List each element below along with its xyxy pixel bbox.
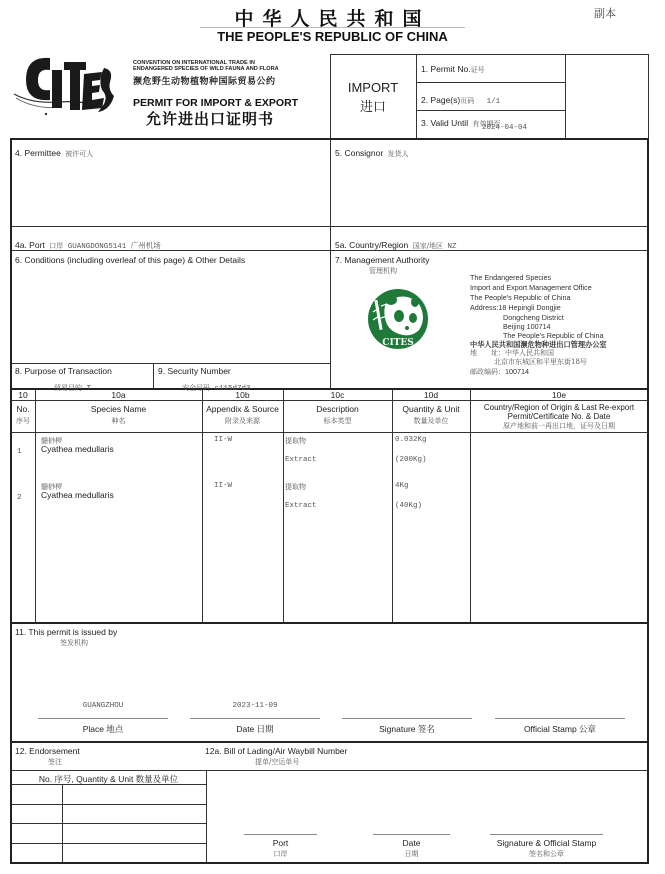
col-number-10c: 10c xyxy=(283,390,392,400)
permit-no-field: 1. Permit No.证号 xyxy=(421,59,485,77)
permit-no-label: 1. Permit No. xyxy=(421,64,471,74)
issued-by-label: 11. This permit is issued by xyxy=(15,627,117,637)
quantity-total: (40Kg) xyxy=(395,502,422,510)
table-row xyxy=(11,482,648,526)
row-number: 2 xyxy=(17,494,22,502)
address-line-3: Beijing 100714 xyxy=(470,322,607,331)
purpose-label: 8. Purpose of Transaction xyxy=(15,366,112,376)
mgmt-line-3: The People's Republic of China xyxy=(470,293,607,303)
country-label-cn: 国家/地区 xyxy=(413,242,443,250)
permit-type-en: IMPORT xyxy=(331,80,415,95)
quantity-total: (200Kg) xyxy=(395,456,427,464)
country-title-en: THE PEOPLE'S REPUBLIC OF CHINA xyxy=(200,29,465,44)
mgmt-authority-label: 7. Management Authority xyxy=(335,255,430,265)
country-value: NZ xyxy=(448,243,457,251)
issued-by-label-cn: 签发机构 xyxy=(60,638,88,648)
postcode-label: 邮政编码： xyxy=(470,368,505,376)
col-number-10b: 10b xyxy=(202,390,283,400)
end-sig-label: Signature & Official Stamp xyxy=(480,838,613,848)
quantity: 0.032Kg xyxy=(395,436,427,444)
description-cn: 提取物 xyxy=(285,482,306,492)
col-number-10: 10 xyxy=(11,390,35,400)
table-row xyxy=(11,436,648,480)
address-cn-line2: 北京市东城区和平里东街18号 xyxy=(470,358,607,367)
port-field: 4a. Port 口岸 GUANGDONG5141 广州机场 xyxy=(15,235,161,253)
appendix-source: II-W xyxy=(214,482,232,490)
date-label: Date 日期 xyxy=(190,723,320,735)
description-cn: 提取物 xyxy=(285,436,306,446)
endorsement-label-cn: 签注 xyxy=(48,757,62,767)
valid-until-label: 3. Valid Until xyxy=(421,118,468,128)
row-number: 1 xyxy=(17,448,22,456)
valid-until-value: 2024-04-04 xyxy=(482,124,527,132)
col-header-cn-0: 序号 xyxy=(11,416,35,426)
endorsement-sub-header: No. 序号, Quantity & Unit 数量及单位 xyxy=(11,773,206,785)
col-number-10e: 10e xyxy=(470,390,648,400)
country-field: 5a. Country/Region 国家/地区 NZ xyxy=(335,235,457,253)
address-cn-line1: 中华人民共和国 xyxy=(505,349,554,357)
quantity: 4Kg xyxy=(395,482,409,490)
address-cn-label: 地 址： xyxy=(470,349,505,357)
signature-label: Signature 签名 xyxy=(342,723,472,735)
col-header-cn-3: 标本类型 xyxy=(283,416,392,426)
pages-label: 2. Page(s) xyxy=(421,95,460,105)
permit-type-cn: 进口 xyxy=(331,96,415,115)
col-header-3: Description xyxy=(283,405,392,414)
pages-label-cn: 页码 xyxy=(460,97,474,105)
permit-title-cn: 允许进出口证明书 xyxy=(146,108,274,129)
col-header-1: Species Name xyxy=(35,405,202,414)
mgmt-authority-label-cn: 管理机构 xyxy=(369,266,397,276)
endorsement-label: 12. Endorsement xyxy=(15,746,80,756)
col-header-4: Quantity & Unit xyxy=(392,405,470,414)
stamp-label: Official Stamp 公章 xyxy=(495,723,625,735)
permittee-field: 4. Permittee 被许可人 xyxy=(15,143,93,161)
port-value: GUANGDONG5141 广州机场 xyxy=(68,243,161,251)
end-port-label: Port xyxy=(244,838,317,848)
date-value: 2023-11-09 xyxy=(190,702,320,710)
pages-value: 1/1 xyxy=(487,98,501,106)
office-cn: 中华人民共和国濒危物种进出口管理办公室 xyxy=(470,340,607,349)
species-name: Cyathea medullaris xyxy=(41,444,114,454)
address-line-1: 18 Hepingli Dongjie xyxy=(498,303,560,312)
mgmt-line-2: Import and Export Management Office xyxy=(470,283,607,293)
address-line-2: Dongcheng District xyxy=(470,313,607,322)
consignor-label-cn: 发货人 xyxy=(388,150,409,158)
description-en: Extract xyxy=(285,502,317,510)
svg-text:中国: 中国 xyxy=(393,348,403,355)
svg-text:CITES: CITES xyxy=(382,338,413,348)
copy-mark: 副本 xyxy=(594,5,616,21)
country-label: 5a. Country/Region xyxy=(335,240,408,250)
security-label: 9. Security Number xyxy=(158,366,231,376)
conditions-label: 6. Conditions (including overleaf of thi… xyxy=(15,255,245,265)
species-name: Cyathea medullaris xyxy=(41,490,114,500)
consignor-field: 5. Consignor 发货人 xyxy=(335,143,409,161)
permittee-label: 4. Permittee xyxy=(15,148,61,158)
mgmt-office-en: The Endangered Species Import and Export… xyxy=(470,273,607,377)
cites-logo-icon xyxy=(12,52,117,118)
col-header-cn-1: 种名 xyxy=(35,416,202,426)
col-number-10a: 10a xyxy=(35,390,202,400)
port-label: 4a. Port xyxy=(15,240,45,250)
place-label: Place 地点 xyxy=(38,723,168,735)
place-value: GUANGZHOU xyxy=(38,702,168,710)
end-sig-label-cn: 签名和公章 xyxy=(480,849,613,859)
mgmt-line-1: The Endangered Species xyxy=(470,273,607,283)
col-header-5: Country/Region of Origin & Last Re-expor… xyxy=(470,403,648,421)
permit-no-label-cn: 证号 xyxy=(471,66,485,74)
col-header-cn-2: 附录及来源 xyxy=(202,416,283,426)
address-line-4: The People's Republic of China xyxy=(470,331,607,340)
end-port-label-cn: 口岸 xyxy=(244,849,317,859)
end-date-label: Date xyxy=(373,838,450,848)
col-header-0: No. xyxy=(11,405,35,414)
bill-label-cn: 提单/空运单号 xyxy=(255,757,299,767)
address-label: Address: xyxy=(470,303,498,312)
description-en: Extract xyxy=(285,456,317,464)
permittee-label-cn: 被许可人 xyxy=(65,150,93,158)
cites-china-emblem-icon: CITES 中国 xyxy=(365,282,431,360)
bill-label: 12a. Bill of Lading/Air Waybill Number xyxy=(205,746,347,756)
port-label-cn: 口岸 xyxy=(49,242,63,250)
postcode-value: 100714 xyxy=(505,367,529,376)
col-header-cn-4: 数量及单位 xyxy=(392,416,470,426)
convention-title-en: CONVENTION ON INTERNATIONAL TRADE IN END… xyxy=(133,60,279,73)
title-rule xyxy=(200,27,465,28)
col-number-10d: 10d xyxy=(392,390,470,400)
col-header-2: Appendix & Source xyxy=(202,405,283,414)
col-header-cn-5: 原产地和前一再出口地，证号及日期 xyxy=(470,421,648,431)
end-date-label-cn: 日期 xyxy=(373,849,450,859)
convention-line2: ENDANGERED SPECIES OF WILD FAUNA AND FLO… xyxy=(133,66,279,72)
appendix-source: II-W xyxy=(214,436,232,444)
consignor-label: 5. Consignor xyxy=(335,148,383,158)
pages-field: 2. Page(s)页码 1/1 xyxy=(421,90,500,108)
convention-title-cn: 濒危野生动物植物种国际贸易公约 xyxy=(133,74,276,87)
